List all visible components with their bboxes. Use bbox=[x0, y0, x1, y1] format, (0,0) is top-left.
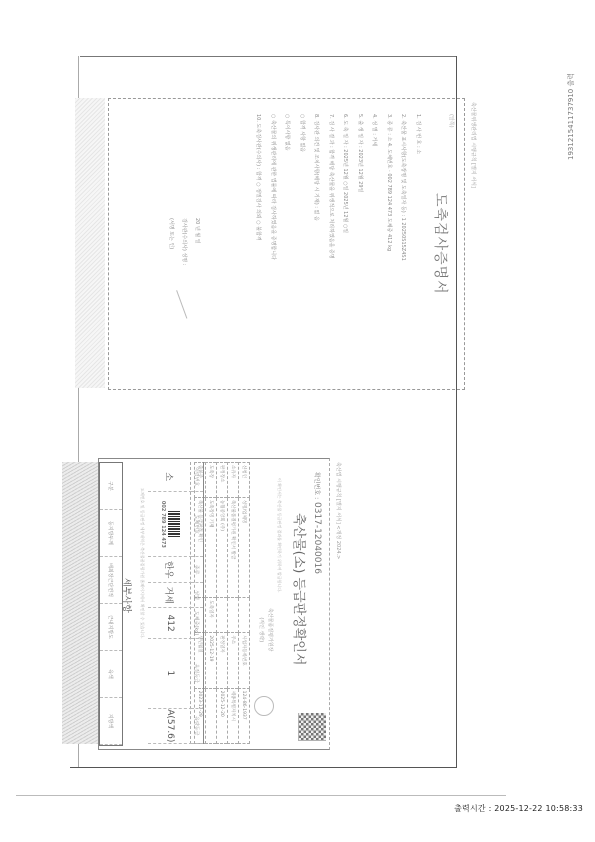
inspection-signature-block: 20 년 월 일 검사관(수의사) 성명 : (서명 또는 인) bbox=[164, 218, 203, 265]
grading-note: 이 확인서는 축산물 등급판정 결과를 확인하기 위하여 발급합니다. bbox=[276, 478, 282, 593]
inspection-line: ○ 특이사항 없음 bbox=[280, 114, 295, 261]
col-header: 도체번호 bbox=[191, 492, 203, 557]
table-row: 도축장 도축장명 기재 도축일자 2025-12-19 bbox=[206, 463, 217, 744]
cell-kind-label: 소 bbox=[148, 462, 192, 492]
cell-yield-grade: A(57.6) bbox=[148, 709, 192, 744]
scan-frame-bottom bbox=[70, 767, 457, 768]
cell: 농협중앙회 (주) bbox=[217, 497, 228, 597]
cell: 도축장 bbox=[206, 463, 217, 498]
issuer-name: 축산물품질평가원장 bbox=[265, 608, 274, 651]
inspection-lines: 1. 검 사 번 호 : 소 2. 축산물 표시사항(도축장명 및 도축일자 등… bbox=[251, 114, 425, 261]
col-header: 육량등급 bbox=[191, 709, 203, 744]
certificate-number: 확인번호 : 0317-12040016 bbox=[312, 472, 322, 574]
cell-weight: 412 bbox=[148, 608, 192, 638]
cell: 도축장명 기재 bbox=[206, 497, 217, 597]
inspection-line: 5. 출 생 일 자 : 2023년 12월 29일 bbox=[353, 114, 368, 261]
security-pattern bbox=[75, 98, 105, 388]
issuer-block: 축산물품질평가원장 (직인 생략) bbox=[256, 608, 274, 651]
print-time-value: 2025-12-22 10:58:33 bbox=[494, 804, 583, 813]
cell-trace: 002 789 124 473 bbox=[148, 492, 192, 557]
trace-number: 002 789 124 473 bbox=[160, 501, 166, 548]
cell-sex: 거세 bbox=[148, 583, 192, 609]
table-row: 소유자 축산물품질평가원 확인서 발급 주소 세종특별자치시 bbox=[228, 463, 239, 744]
col-header: 도체중(kg) bbox=[191, 608, 203, 638]
cell: 세종특별자치시 bbox=[228, 688, 239, 743]
signature-name: 검사관(수의사) 성명 : bbox=[177, 218, 190, 265]
cell: 축산물품질평가원 확인서 발급 bbox=[228, 497, 239, 597]
inspection-line: 3. 종 류 : 소 4. 도체번호 · 002 789 124 473 도체중… bbox=[382, 114, 397, 261]
inspection-sub-note: (앞쪽) bbox=[448, 114, 455, 128]
grade-table-header: 이력번호 도체번호 종류 성별 도체중(kg) 육질등급 육량등급 bbox=[190, 462, 204, 744]
cell: 도축일자 bbox=[206, 598, 217, 633]
cell bbox=[206, 688, 217, 743]
col-header: 근내지방도 bbox=[100, 604, 122, 651]
cell: 판정장소 bbox=[217, 463, 228, 498]
inspection-header-note: 축산물위생관리법 시행규칙 [별지 서식] bbox=[470, 102, 477, 188]
cell: 판정일자 bbox=[217, 633, 228, 688]
col-header: 육색 bbox=[100, 651, 122, 698]
signature-sign: (서명 또는 인) bbox=[164, 218, 177, 265]
cell: 신청인 bbox=[239, 463, 250, 498]
cell bbox=[228, 598, 239, 633]
cell: 124-86-1937 bbox=[239, 688, 250, 743]
cell bbox=[239, 598, 250, 633]
table-row: 신청인 성명/업체명 사업자등록번호 124-86-1937 bbox=[239, 463, 250, 744]
cell: 성명/업체명 bbox=[239, 497, 250, 597]
footer-rule bbox=[16, 795, 506, 796]
cell-quality-grade: 1 bbox=[148, 639, 192, 709]
grade-footer-note: 도체번호 및 등급판정 세부내역은 축산물품질평가원 홈페이지에서 확인할 수 … bbox=[139, 488, 145, 639]
certificate-number-value: 0317-12040016 bbox=[312, 502, 322, 574]
inspection-line: 2. 축산물 표시사항(도축장명 및 도축일자 등) : 1 20250S15Z… bbox=[396, 114, 411, 261]
issuer-seal-note: (직인 생략) bbox=[256, 608, 265, 651]
certificate-number-label: 확인번호 : bbox=[313, 472, 320, 499]
col-header: 육질등급 bbox=[191, 639, 203, 709]
inspection-line: 4. 성 별 : 거세 bbox=[367, 114, 382, 261]
col-header: 이력번호 bbox=[191, 462, 203, 492]
cell-kind: 한우 bbox=[148, 557, 192, 583]
cell bbox=[217, 598, 228, 633]
cell: 2025-12-20 bbox=[217, 688, 228, 743]
document-side-id: 1931215411737910 출력 bbox=[566, 73, 576, 160]
security-pattern bbox=[62, 462, 98, 744]
col-header: 배최장근단면적 bbox=[100, 557, 122, 604]
cell: 사업자등록번호 bbox=[239, 633, 250, 688]
signature-date: 20 년 월 일 bbox=[190, 218, 203, 265]
print-time-label: 출력시간 bbox=[454, 804, 486, 813]
cell: 2025-12-19 bbox=[206, 633, 217, 688]
official-seal-icon bbox=[254, 696, 274, 716]
table-row: 판정장소 농협중앙회 (주) 판정일자 2025-12-20 bbox=[217, 463, 228, 744]
grading-header-note: 축산법 시행규칙 [별지 서식] <개정 2024.> bbox=[335, 462, 342, 559]
qr-code-icon bbox=[298, 713, 326, 741]
details-table: 구분 등지방두께 배최장근단면적 근내지방도 육색 지방색 bbox=[99, 462, 123, 746]
print-timestamp: 출력시간 : 2025-12-22 10:58:33 bbox=[454, 803, 583, 814]
cell: 주소 bbox=[228, 633, 239, 688]
scan-frame-top bbox=[80, 56, 456, 57]
inspection-line: 10. 도축검사관(수의사) : 합격 ○ 정밀검사 의뢰 ○ 불합격 bbox=[251, 114, 266, 261]
barcode-icon bbox=[168, 511, 180, 537]
inspection-certificate: 축산물위생관리법 시행규칙 [별지 서식] (앞쪽) 도축검사증명서 1. 검 … bbox=[105, 98, 465, 403]
col-header: 성별 bbox=[191, 583, 203, 609]
grading-title: 축산물(소) 등급판정확인서 bbox=[291, 513, 310, 665]
grade-table-row: 소 002 789 124 473 한우 거세 412 1 A(57.6) bbox=[148, 462, 192, 744]
inspection-line: 1. 검 사 번 호 : 소 bbox=[411, 114, 426, 261]
col-header: 지방색 bbox=[100, 698, 122, 745]
inspection-title: 도축검사증명서 bbox=[431, 193, 451, 295]
inspection-line: 8. 검사관 의견 및 조치사항(해당 시 기재) : 없 음 bbox=[309, 114, 324, 261]
grading-certificate: 축산법 시행규칙 [별지 서식] <개정 2024.> 확인번호 : 0317-… bbox=[90, 458, 330, 758]
inspection-line: 7. 검 사 결 과 : 합격 해당 축산물을 위생적으로 처리하였음을 증명 bbox=[324, 114, 339, 261]
inspection-line: ○ 합격 사항 없음 bbox=[295, 114, 310, 261]
col-header: 등지방두께 bbox=[100, 510, 122, 557]
inspection-line: 6. 도 축 일 자 : 2025년 12월 ○일 2025년 12월 ○일 bbox=[338, 114, 353, 261]
cell: 소유자 bbox=[228, 463, 239, 498]
col-header: 종류 bbox=[191, 557, 203, 583]
inspection-line: ○ 축산물의 위생관리에 관한 법률에 따라 검사하였음을 증명합니다 bbox=[266, 114, 281, 261]
col-header: 구분 bbox=[100, 463, 122, 510]
